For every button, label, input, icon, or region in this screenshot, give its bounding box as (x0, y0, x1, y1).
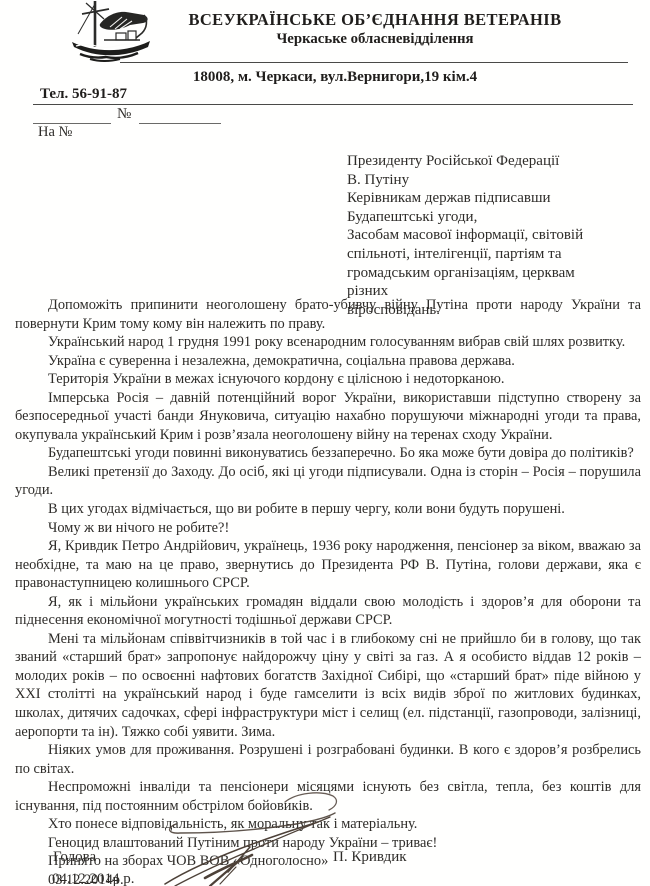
body-paragraph: Я, Кривдик Петро Андрійович, українець, … (15, 537, 641, 593)
ref-number-label: № (117, 106, 131, 123)
signer-date: 04.12.2014 р. (52, 871, 135, 886)
scanned-letter-page: ВСЕУКРАЇНСЬКЕ ОБ’ЄДНАННЯ ВЕТЕРАНІВ Черка… (0, 0, 650, 886)
ref-number-blank-line (139, 123, 221, 124)
body-paragraph: Будапештські угоди повинні виконуватись … (15, 444, 641, 463)
body-paragraph: Територія України в межах існуючого корд… (15, 370, 641, 389)
body-paragraph: Принято на зборах ЧОВ ВОВ «Одноголосно» (15, 852, 641, 871)
body-paragraph: Імперська Росія – давній потенційний вор… (15, 389, 641, 445)
body-paragraph: Український народ 1 грудня 1991 року все… (15, 333, 641, 352)
addressee-line: Керівникам держав підписавши (347, 189, 612, 208)
reply-number-label: На № (38, 124, 72, 141)
letterhead-rule (120, 62, 628, 63)
organization-name: ВСЕУКРАЇНСЬКЕ ОБ’ЄДНАННЯ ВЕТЕРАНІВ (120, 10, 630, 30)
letterhead-rule-wide (33, 104, 633, 105)
addressee-line: В. Путіну (347, 171, 612, 190)
letter-body: Допоможіть припинити неоголошену брато-у… (15, 296, 641, 886)
addressee-line: Засобам масової інформації, світовій (347, 226, 612, 245)
addressee-line: спільноті, інтелігенції, партіям та (347, 245, 612, 264)
body-paragraph: Великі претензії до Заходу. До осіб, які… (15, 463, 641, 500)
organization-branch: Черкаське обласневідділення (120, 31, 630, 48)
organization-address: 18008, м. Черкаси, вул.Вернигори,19 кім.… (120, 69, 550, 86)
signer-name: П. Кривдик (333, 849, 407, 866)
body-paragraph: Чому ж ви нічого не робите?! (15, 519, 641, 538)
body-paragraph: Ніяких умов для проживання. Розрушені і … (15, 741, 641, 778)
addressee-line: Будапештські угоди, (347, 208, 612, 227)
addressee-block: Президенту Російської Федерації В. Путін… (347, 152, 612, 319)
signer-title: Голова (53, 849, 96, 866)
body-paragraph: Я, як і мільйони українських громадян ві… (15, 593, 641, 630)
body-paragraph: Україна є суверенна і незалежна, демокра… (15, 352, 641, 371)
body-paragraph: Хто понесе відповідальність, як моральну… (15, 815, 641, 834)
body-paragraph: Геноцид влаштований Путіним проти народу… (15, 834, 641, 853)
body-paragraph: Неспроможні інваліди та пенсіонери місяц… (15, 778, 641, 815)
body-paragraph: В цих угодах відмічається, що ви робите … (15, 500, 641, 519)
organization-phone: Тел. 56-91-87 (40, 86, 127, 103)
body-paragraph: Мені та мільйонам співвітчизників в той … (15, 630, 641, 741)
body-paragraph: Допоможіть припинити неоголошену брато-у… (15, 296, 641, 333)
addressee-line: Президенту Російської Федерації (347, 152, 612, 171)
